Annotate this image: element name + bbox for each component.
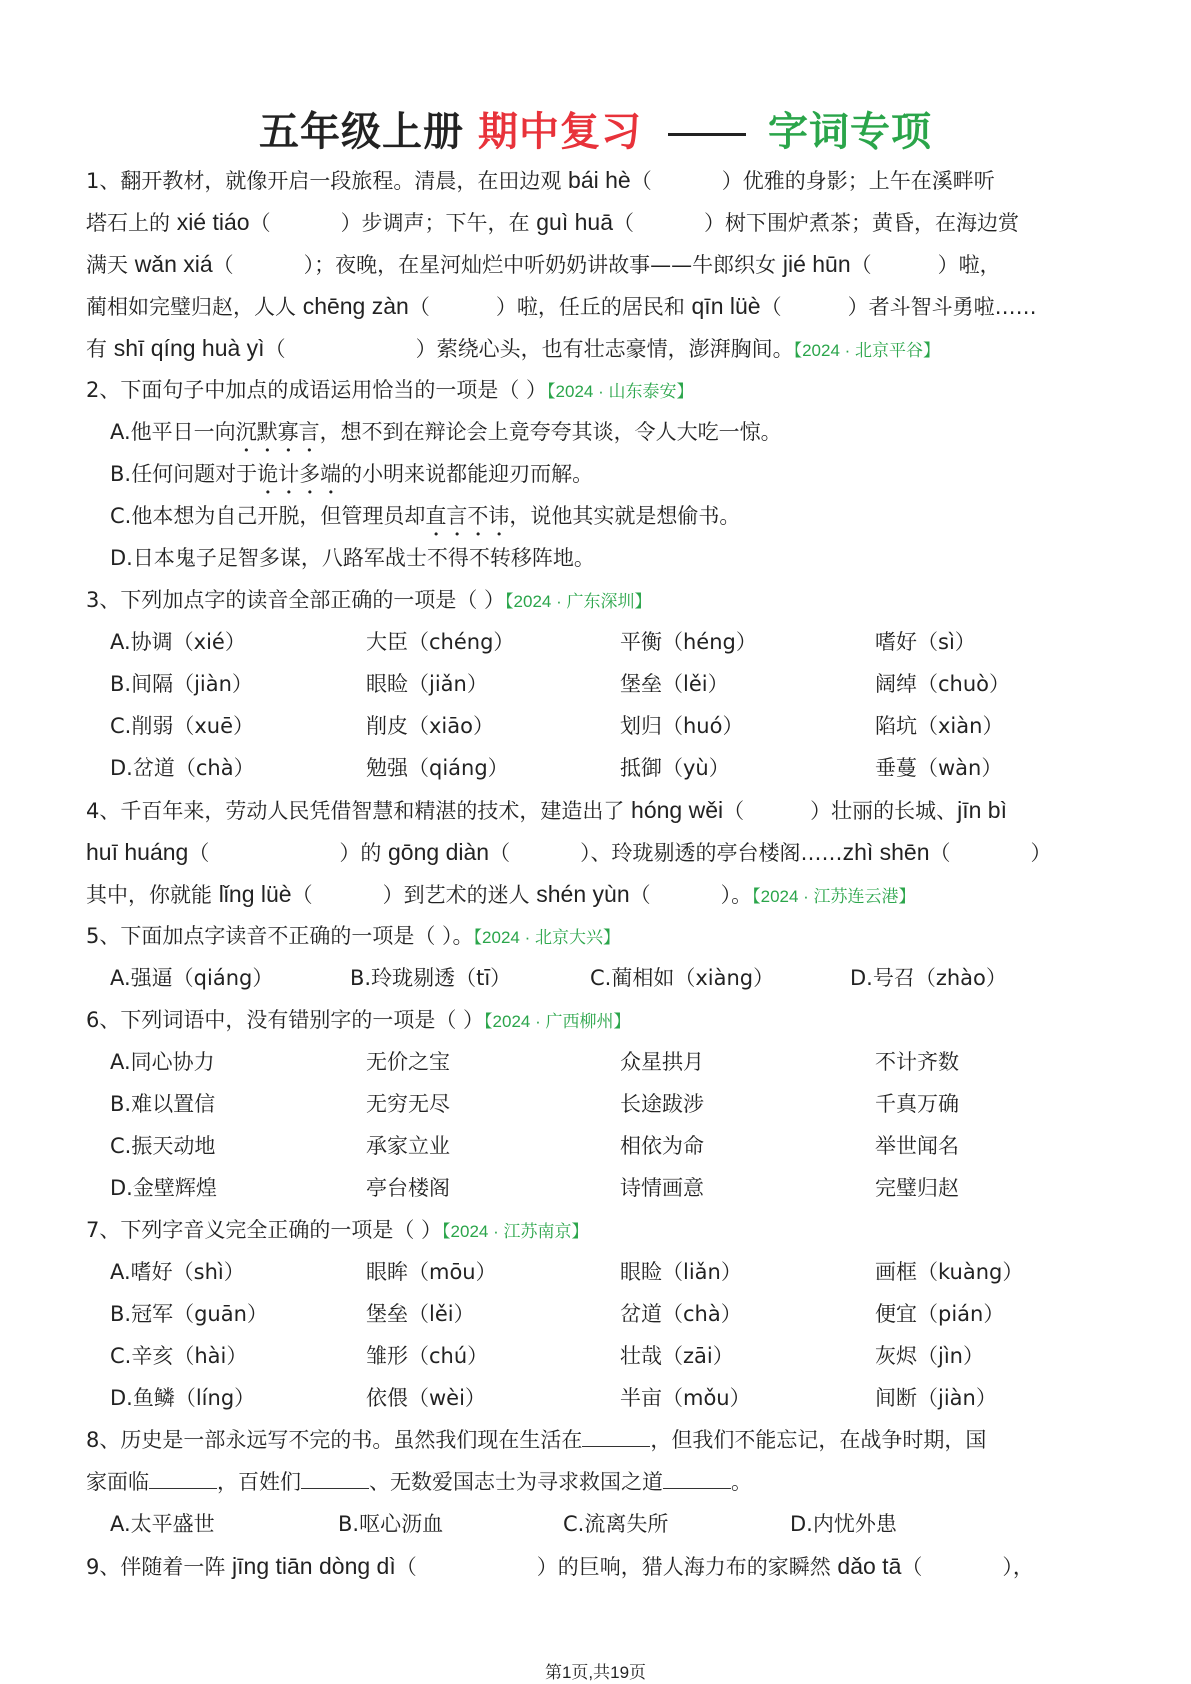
q6-d1: D.金壁辉煌 — [110, 1173, 217, 1203]
q7-d2: 依偎（wèi） — [366, 1383, 486, 1413]
q5-option-d: D.号召（zhào） — [850, 963, 1007, 993]
q6-c1: C.振天动地 — [110, 1131, 215, 1161]
title-topic: 字词专项 — [768, 108, 932, 155]
q3-b1: B.间隔（jiàn） — [110, 669, 253, 699]
q2-option-d: D.日本鬼子足智多谋，八路军战士不得不转移阵地。 — [110, 543, 595, 573]
q6-c4: 举世闻名 — [875, 1131, 959, 1161]
source-tag: 【2024 · 江苏连云港】 — [752, 887, 915, 906]
q5-stem: 5、下面加点字读音不正确的一项是（ ）。【2024 · 北京大兴】 — [86, 921, 620, 953]
q3-c2: 削皮（xiāo） — [366, 711, 494, 741]
q6-d2: 亭台楼阁 — [366, 1173, 450, 1203]
q6-a2: 无价之宝 — [366, 1047, 450, 1077]
source-tag: 【2024 · 北京平谷】 — [794, 341, 940, 360]
answer-blank — [582, 1426, 650, 1447]
answer-blank — [663, 1468, 731, 1489]
q7-d1: D.鱼鳞（líng） — [110, 1383, 255, 1413]
q4-line1: 4、千百年来，劳动人民凭借智慧和精湛的技术，建造出了 hóng wěi（）壮丽的… — [86, 795, 1007, 826]
q1-line3: 满天 wǎn xiá（）；夜晚，在星河灿烂中听奶奶讲故事——牛郎织女 jié h… — [86, 249, 1001, 280]
q1-line1: 1、翻开教材，就像开启一段旅程。清晨，在田边观 bái hè（）优雅的身影；上午… — [86, 165, 995, 196]
q6-d4: 完璧归赵 — [875, 1173, 959, 1203]
q3-d2: 勉强（qiáng） — [366, 753, 509, 783]
q7-d3: 半亩（mǒu） — [620, 1383, 751, 1413]
q7-c2: 雏形（chú） — [366, 1341, 488, 1371]
q3-d3: 抵御（yù） — [620, 753, 730, 783]
q3-b2: 眼睑（jiǎn） — [366, 669, 488, 699]
q6-c2: 承家立业 — [366, 1131, 450, 1161]
q7-d4: 间断（jiàn） — [875, 1383, 997, 1413]
title-dash — [668, 133, 746, 136]
q8-line1: 8、历史是一部永远写不完的书。虽然我们现在生活在，但我们不能忘记，在战争时期，国 — [86, 1425, 986, 1455]
q2-stem: 2、下面句子中加点的成语运用恰当的一项是（ ）【2024 · 山东泰安】 — [86, 375, 693, 407]
source-tag: 【2024 · 广西柳州】 — [484, 1012, 630, 1031]
q7-c3: 壮哉（zāi） — [620, 1341, 734, 1371]
q3-a1: A.协调（xié） — [110, 627, 246, 657]
q2-option-c: C.他本想为自己开脱，但管理员却直言不讳，说他其实就是想偷书。 — [110, 501, 740, 541]
q6-b1: B.难以置信 — [110, 1089, 215, 1119]
q3-stem: 3、下列加点字的读音全部正确的一项是（ ）【2024 · 广东深圳】 — [86, 585, 651, 617]
source-tag: 【2024 · 北京大兴】 — [474, 928, 620, 947]
q3-d4: 垂蔓（wàn） — [875, 753, 1002, 783]
q1-line5: 有 shī qíng huà yì（）萦绕心头，也有壮志豪情，澎湃胸间。【202… — [86, 333, 940, 366]
q7-a4: 画框（kuàng） — [875, 1257, 1023, 1287]
q3-a2: 大臣（chéng） — [366, 627, 514, 657]
q8-option-d: D.内忧外患 — [790, 1509, 897, 1539]
q8-option-a: A.太平盛世 — [110, 1509, 215, 1539]
page-title: 五年级上册期中复习字词专项 — [0, 100, 1191, 157]
q7-a3: 眼睑（liǎn） — [620, 1257, 742, 1287]
q2-option-b: B.任何问题对于诡计多端的小明来说都能迎刃而解。 — [110, 459, 593, 499]
q6-b4: 千真万确 — [875, 1089, 959, 1119]
title-exam: 期中复习 — [478, 109, 642, 155]
q3-c4: 陷坑（xiàn） — [875, 711, 1003, 741]
q3-c1: C.削弱（xuē） — [110, 711, 254, 741]
answer-blank — [301, 1468, 369, 1489]
q6-stem: 6、下列词语中，没有错别字的一项是（ ）【2024 · 广西柳州】 — [86, 1005, 630, 1037]
q7-a2: 眼眸（mōu） — [366, 1257, 497, 1287]
q6-b3: 长途跋涉 — [620, 1089, 704, 1119]
q3-a3: 平衡（héng） — [620, 627, 757, 657]
q4-line2: huī huáng（）的 gōng diàn（）、玲珑剔透的亭台楼阁……zhì … — [86, 837, 1052, 868]
q2-option-a: A.他平日一向沉默寡言，想不到在辩论会上竟夸夸其谈，令人大吃一惊。 — [110, 417, 782, 457]
q3-c3: 划归（huó） — [620, 711, 743, 741]
answer-blank — [149, 1468, 217, 1489]
q7-c1: C.辛亥（hài） — [110, 1341, 247, 1371]
page-number: 第1页,共19页 — [0, 1658, 1191, 1683]
q6-a1: A.同心协力 — [110, 1047, 215, 1077]
q8-option-b: B.呕心沥血 — [338, 1509, 443, 1539]
q6-b2: 无穷无尽 — [366, 1089, 450, 1119]
q7-b2: 堡垒（lěi） — [366, 1299, 475, 1329]
q4-line3: 其中，你就能 lǐng lüè（）到艺术的迷人 shén yùn（）。【2024… — [86, 879, 916, 912]
q6-c3: 相依为命 — [620, 1131, 704, 1161]
q7-b3: 岔道（chà） — [620, 1299, 742, 1329]
q7-a1: A.嗜好（shì） — [110, 1257, 245, 1287]
q3-b4: 阔绰（chuò） — [875, 669, 1010, 699]
q5-option-a: A.强逼（qiáng） — [110, 963, 273, 993]
q6-a4: 不计齐数 — [875, 1047, 959, 1077]
source-tag: 【2024 · 江苏南京】 — [442, 1222, 588, 1241]
q8-line2: 家面临，百姓们、无数爱国志士为寻求救国之道。 — [86, 1467, 752, 1497]
q7-c4: 灰烬（jìn） — [875, 1341, 984, 1371]
q5-option-b: B.玲珑剔透（tī） — [350, 963, 511, 993]
q7-b1: B.冠军（guān） — [110, 1299, 268, 1329]
title-grade: 五年级上册 — [259, 109, 464, 155]
source-tag: 【2024 · 广东深圳】 — [505, 592, 651, 611]
q9-line1: 9、伴随着一阵 jīng tiān dòng dì（）的巨响，猎人海力布的家瞬然… — [86, 1551, 1034, 1582]
q5-option-c: C.蔺相如（xiàng） — [590, 963, 774, 993]
q8-option-c: C.流离失所 — [563, 1509, 668, 1539]
source-tag: 【2024 · 山东泰安】 — [547, 382, 693, 401]
q3-a4: 嗜好（sì） — [875, 627, 976, 657]
q6-a3: 众星拱月 — [620, 1047, 704, 1077]
q7-stem: 7、下列字音义完全正确的一项是（ ）【2024 · 江苏南京】 — [86, 1215, 588, 1247]
q1-line2: 塔石上的 xié tiáo（）步调声；下午，在 guì huā（）树下围炉煮茶；… — [86, 207, 1019, 238]
q1-line4: 蔺相如完璧归赵，人人 chēng zàn（）啦，任丘的居民和 qīn lüè（）… — [86, 291, 1037, 322]
q7-b4: 便宜（pián） — [875, 1299, 1004, 1329]
q3-b3: 堡垒（lěi） — [620, 669, 729, 699]
q6-d3: 诗情画意 — [620, 1173, 704, 1203]
q3-d1: D.岔道（chà） — [110, 753, 255, 783]
